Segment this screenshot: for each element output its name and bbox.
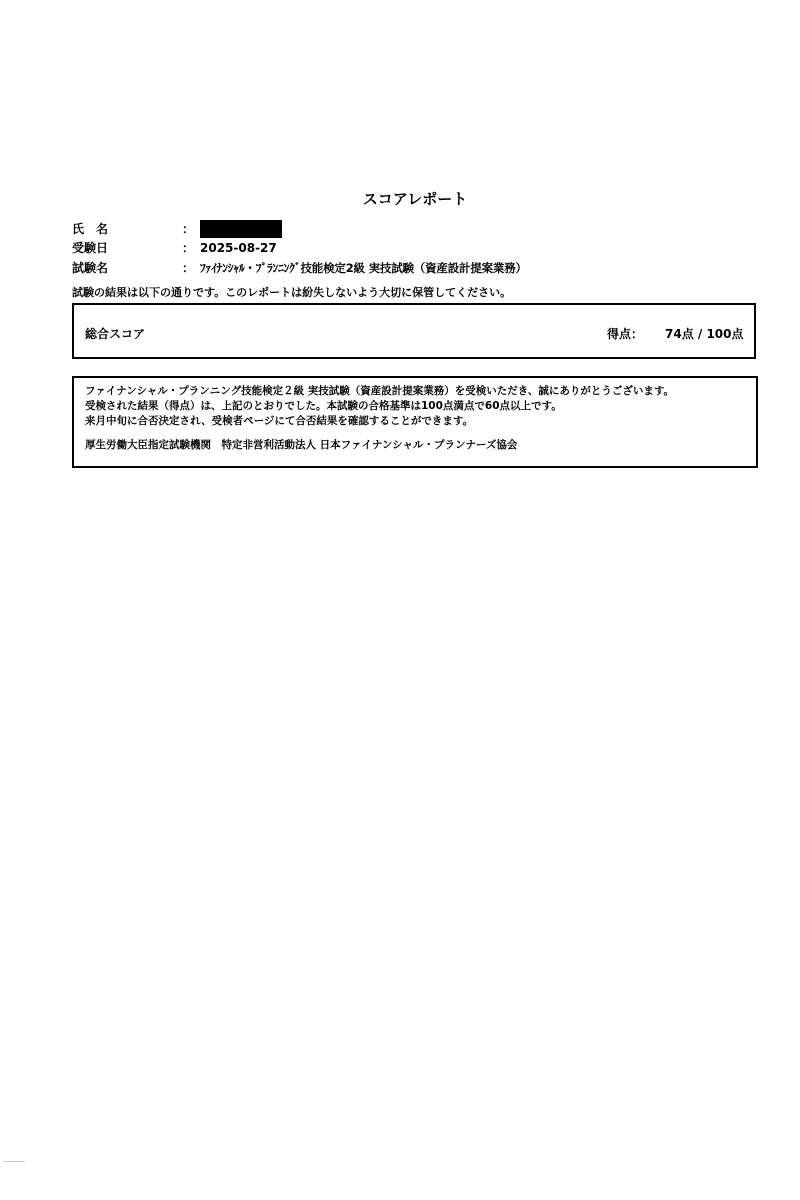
spacer bbox=[85, 429, 745, 438]
report-title: スコアレポート bbox=[0, 188, 800, 209]
score-key-label: 得点： bbox=[607, 325, 643, 342]
date-row: 受験日：2025-08-27 bbox=[72, 239, 277, 257]
colon: ： bbox=[182, 259, 200, 277]
name-row: 氏 名： bbox=[72, 220, 282, 238]
message-box: ファイナンシャル・プランニング技能検定２級 実技試験（資産設計提案業務）を受検い… bbox=[72, 376, 758, 468]
colon: ： bbox=[182, 220, 200, 238]
exam-value: ﾌｧｲﾅﾝｼｬﾙ・ﾌﾟﾗﾝﾆﾝｸﾞ技能検定2級 実技試験（資産設計提案業務） bbox=[200, 261, 527, 275]
name-label: 氏 名 bbox=[72, 220, 182, 238]
message-line: ファイナンシャル・プランニング技能検定２級 実技試験（資産設計提案業務）を受検い… bbox=[85, 384, 745, 399]
exam-label: 試験名 bbox=[72, 259, 182, 277]
report-note: 試験の結果は以下の通りです。このレポートは紛失しないよう大切に保管してください。 bbox=[72, 284, 511, 300]
date-label: 受験日 bbox=[72, 239, 182, 257]
message-line: 受検された結果（得点）は、上記のとおりでした。本試験の合格基準は100点満点で6… bbox=[85, 399, 745, 414]
colon: ： bbox=[182, 239, 200, 257]
page-footer-mark bbox=[3, 1161, 25, 1162]
message-line: 来月中旬に合否決定され、受検者ページにて合否結果を確認することができます。 bbox=[85, 414, 745, 429]
score-box: 総合スコア 得点： 74点 / 100点 bbox=[72, 303, 756, 359]
redacted-name bbox=[200, 220, 282, 238]
total-score-label: 総合スコア bbox=[85, 325, 145, 342]
exam-row: 試験名：ﾌｧｲﾅﾝｼｬﾙ・ﾌﾟﾗﾝﾆﾝｸﾞ技能検定2級 実技試験（資産設計提案業… bbox=[72, 259, 527, 277]
score-value: 74点 / 100点 bbox=[665, 325, 744, 342]
issuer: 厚生労働大臣指定試験機関 特定非営利活動法人 日本ファイナンシャル・プランナーズ… bbox=[85, 438, 745, 453]
date-value: 2025-08-27 bbox=[200, 241, 277, 255]
